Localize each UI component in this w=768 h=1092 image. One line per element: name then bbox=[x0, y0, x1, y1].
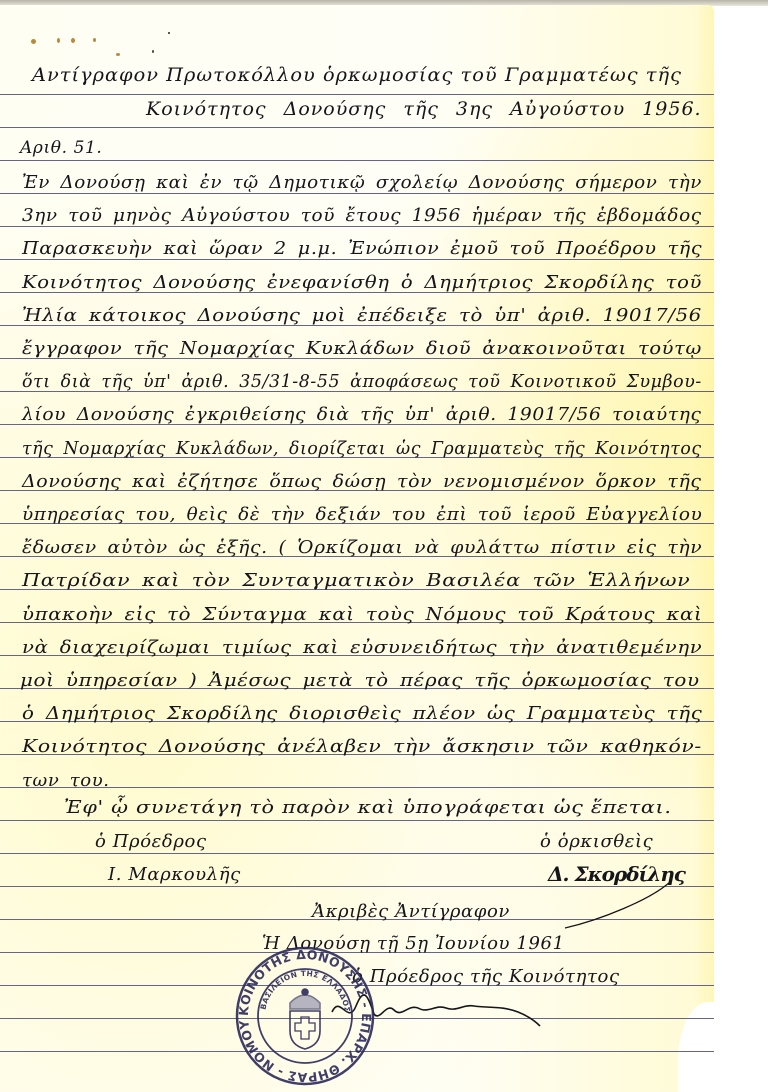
rule-line bbox=[0, 226, 714, 227]
body-line: τῆς Νομαρχίας Κυκλάδων, διορίζεται ὡς Γρ… bbox=[22, 438, 702, 459]
rule-line bbox=[0, 820, 714, 821]
rule-line bbox=[0, 853, 714, 854]
svg-text:ΚΟΙΝΟΤΗΣ ΔΟΝΟΥΣΗΣ - ΕΠΑΡΧ. ΘΗΡ: ΚΟΙΝΟΤΗΣ ΔΟΝΟΥΣΗΣ - ΕΠΑΡΧ. ΘΗΡΑΣ - ΝΟΜΟΥ… bbox=[234, 945, 374, 1085]
body-line: Παρασκευὴν καὶ ὥραν 2 μ.μ. Ἐνώπιον ἐμοῦ … bbox=[22, 238, 702, 259]
body-line: Πατρίδαν καὶ τὸν Συνταγματικὸν Βασιλέα τ… bbox=[22, 570, 690, 591]
crowned-shield-icon bbox=[290, 989, 320, 1049]
closing-line: Ἐφ' ᾧ συνετάγη τὸ παρὸν καὶ ὑπογράφεται … bbox=[64, 797, 672, 818]
community-seal-stamp: ΚΟΙΝΟΤΗΣ ΔΟΝΟΥΣΗΣ - ΕΠΑΡΧ. ΘΗΡΑΣ - ΝΟΜΟΥ… bbox=[234, 945, 376, 1087]
body-line: ἔγγραφον τῆς Νομαρχίας Κυκλάδων διοῦ ἀνα… bbox=[22, 338, 702, 359]
body-line: ἔδωσεν αὐτὸν ὡς ἑξῆς. ( Ὁρκίζομαι νὰ φυλ… bbox=[22, 537, 702, 558]
body-line: μοὶ ὑπηρεσίαν ) Ἀμέσως μετὰ τὸ πέρας τῆς… bbox=[20, 670, 700, 691]
signature-flourish bbox=[560, 880, 680, 930]
body-line: λίου Δονούσης ἐγκριθείσης διὰ τῆς ὑπ' ἀρ… bbox=[22, 404, 702, 425]
reference-number: Αριθ. 51. bbox=[20, 138, 102, 158]
body-line: Ἠλία κάτοικος Δονούσης μοὶ ἐπέδειξε τὸ ὑ… bbox=[22, 305, 702, 326]
body-line: Ἐν Δονούσῃ καὶ ἐν τῷ Δημοτικῷ σχολείῳ Δο… bbox=[22, 172, 702, 193]
rule-line bbox=[0, 127, 714, 128]
certification-signer-title: ὁ Πρόεδρος τῆς Κοινότητος bbox=[352, 966, 620, 987]
body-line: ὑπακοὴν εἰς τὸ Σύνταγμα καὶ τοὺς Νόμους … bbox=[22, 604, 702, 625]
body-line: Κοινότητος Δονούσης ἐνεφανίσθη ὁ Δημήτρι… bbox=[22, 272, 702, 293]
body-line: Κοινότητος Δονούσης ἀνέλαβεν τὴν ἄσκησιν… bbox=[22, 736, 702, 757]
certified-copy-label: Ἀκριβὲς Ἀντίγραφον bbox=[312, 901, 510, 922]
body-line: ὑπηρεσίας του, θεὶς δὲ τὴν δεξιάν του ἐπ… bbox=[22, 504, 702, 525]
body-line: ὁ Δημήτριος Σκορδίλης διορισθεὶς πλέον ὡ… bbox=[22, 703, 702, 724]
body-line: των του. bbox=[22, 770, 110, 791]
body-line: νὰ διαχειρίζωμαι τιμίως καὶ εὐσυνειδήτως… bbox=[22, 637, 702, 658]
body-line: ὅτι διὰ τῆς ὑπ' ἀριθ. 35/31-8-55 ἀποφάσε… bbox=[22, 371, 702, 392]
body-line: Δονούσης καὶ ἐζήτησε ὅπως δώσῃ τὸν νενομ… bbox=[22, 471, 702, 492]
torn-corner bbox=[678, 1002, 714, 1092]
document-title-line-2: Κοινότητος Δονούσης τῆς 3ης Αὐγούστου 19… bbox=[146, 98, 702, 120]
rule-line bbox=[0, 160, 714, 161]
sworn-title: ὁ ὁρκισθεὶς bbox=[540, 831, 653, 852]
rule-line bbox=[0, 94, 714, 95]
body-line: 3ην τοῦ μηνὸς Αὐγούστου τοῦ ἔτους 1956 ἡ… bbox=[22, 205, 702, 226]
president-name: Ι. Μαρκουλῆς bbox=[108, 864, 241, 885]
document-title-line-1: Αντίγραφον Πρωτοκόλλου ὁρκωμοσίας τοῦ Γρ… bbox=[32, 64, 682, 86]
president-title: ὁ Πρόεδρος bbox=[95, 831, 207, 852]
rule-line bbox=[0, 193, 714, 194]
